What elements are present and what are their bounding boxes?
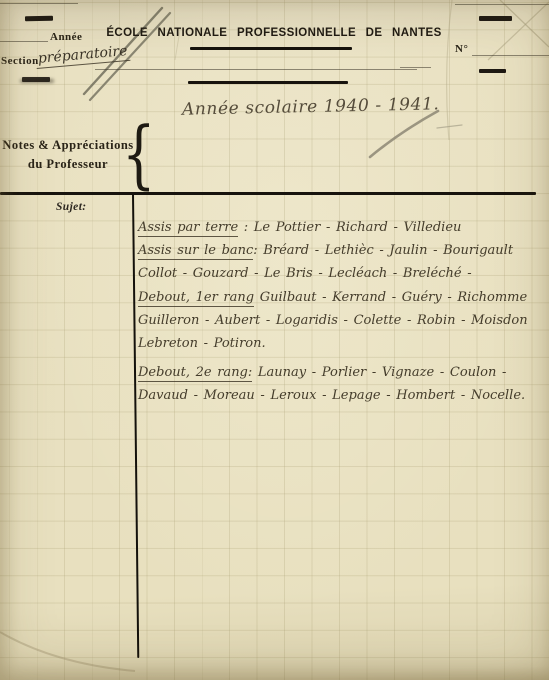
line-text: Launay - Porlier - Vignaze - Coulon - (252, 365, 506, 380)
underlined-phrase: Assis par terre (138, 220, 238, 237)
notes-label-line2: du Professeur (0, 155, 136, 174)
handwritten-line: Debout, 1er rang Guilbaut - Kerrand - Gu… (138, 290, 549, 313)
top-right-rule (455, 4, 549, 5)
document-page: Année Section préparatoire ÉCOLE NATIONA… (0, 0, 549, 680)
line-text: Lebreton - Potiron. (138, 336, 266, 351)
line-text: : Bréard - Lethièc - Jaulin - Bourigault (253, 243, 513, 258)
notes-appreciations-label: Notes & Appréciations du Professeur (0, 136, 136, 174)
registration-dash (479, 16, 512, 21)
registration-dash (25, 16, 53, 21)
school-title: ÉCOLE NATIONALE PROFESSIONNELLE DE NANTE… (88, 27, 460, 40)
numero-blank-line (472, 55, 549, 56)
handwritten-line: Collot - Gouzard - Le Bris - Lecléach - … (138, 266, 549, 289)
curly-brace: { (122, 118, 156, 192)
handwritten-line: Lebreton - Potiron. (138, 336, 549, 359)
top-left-rule (0, 3, 78, 4)
handwritten-line: Guilleron - Aubert - Logaridis - Colette… (138, 313, 549, 336)
notes-label-line1: Notes & Appréciations (0, 136, 136, 155)
handwritten-line: Assis sur le banc: Bréard - Lethièc - Ja… (138, 243, 549, 266)
numero-label: N° (455, 43, 468, 55)
handwritten-line: Debout, 2e rang: Launay - Porlier - Vign… (138, 365, 549, 388)
right-short-rule (400, 67, 431, 68)
title-underline-1 (190, 47, 352, 50)
line-text: Guilbaut - Kerrand - Guéry - Richomme (254, 290, 527, 305)
sujet-label: Sujet: (56, 201, 87, 213)
line-text: Collot - Gouzard - Le Bris - Lecléach - … (138, 266, 472, 281)
line-text: : Le Pottier - Richard - Villedieu (238, 220, 461, 235)
handwritten-line: Davaud - Moreau - Leroux - Lepage - Homb… (138, 388, 549, 411)
registration-dash (22, 77, 50, 82)
underlined-phrase: Assis sur le banc (138, 243, 253, 260)
handwritten-line: Assis par terre : Le Pottier - Richard -… (138, 220, 549, 243)
annee-blank-line (0, 41, 48, 42)
header-blank-line (95, 69, 417, 70)
underlined-phrase: Debout, 2e rang: (138, 365, 252, 382)
annee-label: Année (50, 31, 82, 43)
registration-dash (479, 69, 506, 73)
title-underline-2 (188, 81, 348, 84)
line-text: Guilleron - Aubert - Logaridis - Colette… (138, 313, 528, 328)
line-text: Davaud - Moreau - Leroux - Lepage - Homb… (138, 388, 525, 403)
horizontal-divider-rule (0, 192, 536, 195)
handwritten-notes: Assis par terre : Le Pottier - Richard -… (138, 220, 549, 412)
underlined-phrase: Debout, 1er rang (138, 290, 254, 307)
section-label: Section (1, 55, 39, 67)
